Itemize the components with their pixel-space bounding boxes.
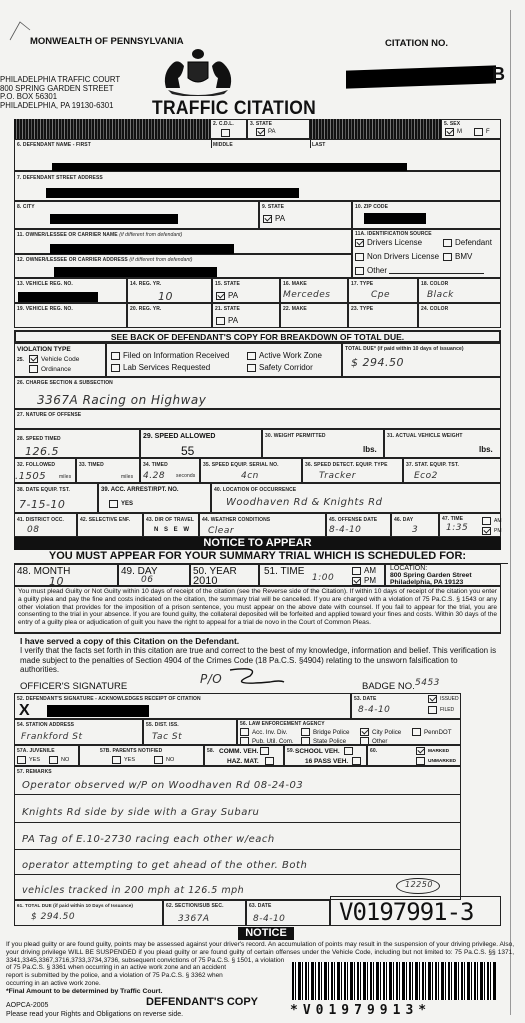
notice-to-appear-banner: NOTICE TO APPEAR xyxy=(14,537,501,550)
traffic-citation-page: MONWEALTH OF PENNSYLVANIA CITATION NO. B… xyxy=(0,0,525,1023)
agency-title: MONWEALTH OF PENNSYLVANIA xyxy=(30,36,184,47)
charge-cell: 26. CHARGE SECTION & SUBSECTION 3367A Ra… xyxy=(14,377,501,409)
location-cell: 40. LOCATION OF OCCURRENCE Woodhaven Rd … xyxy=(211,483,501,513)
timed34-cell: 34. TIMED 4.28 seconds xyxy=(140,458,200,483)
footer-total-due-cell: 61. TOTAL DUE (if paid within 10 Days of… xyxy=(14,900,163,926)
badge-number: 5453 xyxy=(415,678,440,688)
vehicle2-type-cell: 23. TYPE xyxy=(348,303,418,328)
filed-info-checkbox[interactable] xyxy=(111,352,120,360)
law-agency-cell: 56. LAW ENFORCEMENT AGENCY Acc. Inv. Div… xyxy=(237,719,461,745)
citation-no-label: CITATION NO. xyxy=(385,38,448,49)
vehicle2-reg-cell: 19. VEHICLE REG. NO. xyxy=(14,303,127,328)
station-address-cell: 54. STATION ADDRESS Frankford St xyxy=(14,719,143,745)
stat-test-cell: 37. STAT. EQUIP. TST. Eco2 xyxy=(403,458,501,483)
officer-signature-scribble xyxy=(226,666,286,686)
comm-veh-cell: 58. COMM. VEH. HAZ. MAT. xyxy=(204,745,284,766)
remarks-line-1: Operator observed w/P on Woodhaven Rd 08… xyxy=(22,780,303,791)
filed-checkbox[interactable] xyxy=(428,706,437,714)
nature-cell: 27. NATURE OF OFFENSE xyxy=(14,409,501,429)
type-cell: 17. TYPE Cpe xyxy=(348,278,418,303)
security-pattern-right xyxy=(310,119,441,139)
violation-flags-cell: Filed on Information Received Lab Servic… xyxy=(106,343,342,377)
vehicle2-make-cell: 22. MAKE xyxy=(280,303,348,328)
sex-m-checkbox[interactable] xyxy=(445,128,454,136)
trial-pm-checkbox[interactable] xyxy=(352,577,361,585)
actual-weight-cell: 31. ACTUAL VEHICLE WEIGHT lbs. xyxy=(384,429,501,458)
marked-cell: 60. MARKED UNMARKED xyxy=(367,745,461,766)
citation-no-suffix: B xyxy=(492,64,505,85)
offense-date-cell: 45. OFFENSE DATE 8-4-10 xyxy=(326,513,391,537)
id-defendant: Defendant xyxy=(443,238,492,247)
court-line-4: PHILADELPHIA, PA 19130-6301 xyxy=(0,102,120,111)
safety-corridor-checkbox[interactable] xyxy=(247,364,256,372)
vehicle-code-checkbox[interactable] xyxy=(29,355,38,363)
badge-label: BADGE NO. xyxy=(362,681,415,692)
barcode-text: *V01979913* xyxy=(290,1003,431,1018)
weight-permitted-cell: 30. WEIGHT PERMITTED lbs. xyxy=(262,429,384,458)
notice-text: If you plead guilty or are found guilty,… xyxy=(6,941,514,964)
trial-day-cell: 49. DAY 06 xyxy=(118,564,190,586)
notice-text-left: of 75 Pa.C.S. § 3361 when occurring in a… xyxy=(6,964,236,987)
vehicle-state-pa-checkbox[interactable] xyxy=(216,292,225,300)
pennsylvania-coat-of-arms-icon xyxy=(158,48,238,96)
citation-number-cell: V0197991-3 xyxy=(330,896,501,926)
defendant-street-redacted xyxy=(46,188,299,198)
juvenile-yes-checkbox[interactable] xyxy=(17,756,26,764)
violation-type-cell: VIOLATION TYPE 25. Vehicle Code Ordinanc… xyxy=(14,343,106,377)
total-due-cell: TOTAL DUE* (if paid within 10 days of is… xyxy=(342,343,501,377)
owner-name-redacted xyxy=(50,244,234,254)
school-veh-cell: 59. SCHOOL VEH. 16 PASS VEH. xyxy=(284,745,367,766)
time-cell: 47. TIME 1:35 AM PM xyxy=(439,513,501,537)
marked-checkbox[interactable] xyxy=(416,747,425,755)
id-other: Other xyxy=(355,266,484,275)
id-drivers-license: Drivers License xyxy=(355,238,422,247)
cdl-checkbox[interactable] xyxy=(221,129,230,137)
sex-f-checkbox[interactable] xyxy=(474,128,483,136)
id-bmv: BMV xyxy=(443,252,472,261)
summary-trial-heading: YOU MUST APPEAR FOR YOUR SUMMARY TRIAL W… xyxy=(14,550,501,562)
time-pm-checkbox[interactable] xyxy=(482,527,491,535)
served-statement: I have served a copy of this Citation on… xyxy=(20,636,239,646)
juvenile-no-checkbox[interactable] xyxy=(49,756,58,764)
barcode xyxy=(292,962,496,1000)
date-test-cell: 38. DATE EQUIP. TST. 7-15-10 xyxy=(14,483,98,513)
acc-arrest-cell: 39. ACC. ARREST/RPT. NO. YES xyxy=(98,483,211,513)
lab-services-checkbox[interactable] xyxy=(111,364,120,372)
security-pattern-left xyxy=(14,119,210,139)
trial-year-cell: 50. YEAR 2010 xyxy=(190,564,259,586)
sex-cell: 5. SEX M F xyxy=(441,119,501,139)
agency-city-police: City Police xyxy=(360,728,401,736)
citation-no-redacted xyxy=(346,65,496,88)
agency-pub-util: Pub. Util. Com. xyxy=(240,737,294,745)
defendant-signature-redacted xyxy=(47,705,149,717)
juvenile-cell: 57A. JUVENILE YES NO xyxy=(14,745,79,766)
footer-section-cell: 62. SECTION/SUB SEC. 3367A xyxy=(163,900,246,926)
notice-banner: NOTICE xyxy=(238,927,294,940)
receipt-date-cell: 53. DATE 8-4-10 ISSUED FILED xyxy=(351,693,461,719)
acc-yes-checkbox[interactable] xyxy=(109,500,118,508)
selective-cell: 42. SELECTIVE ENF. xyxy=(77,513,143,537)
remarks-line-3: PA Tag of E.10-2730 racing each other w/… xyxy=(22,834,275,845)
court-address: PHILADELPHIA TRAFFIC COURT 800 SPRING GA… xyxy=(0,76,120,110)
trial-time-cell: 51. TIME 1:00 AM PM xyxy=(259,564,385,586)
speed-allowed-cell: 29. SPEED ALLOWED 55 xyxy=(140,429,262,458)
form-code: AOPCA-2005 xyxy=(6,1002,48,1009)
agency-penndot: PennDOT xyxy=(412,728,452,736)
officer-signature: P/O xyxy=(200,672,222,686)
vehicle2-state-cell: 21. STATE PA xyxy=(212,303,280,328)
rights-note: Please read your Rights and Obligations … xyxy=(6,1011,183,1018)
state-cell: 3. STATE PA xyxy=(247,119,310,139)
circled-note: 12250 xyxy=(396,878,440,894)
time-am-checkbox[interactable] xyxy=(482,517,491,525)
defendants-copy-label: DEFENDANT'S COPY xyxy=(146,996,258,1008)
school-veh-checkbox[interactable] xyxy=(344,747,353,755)
breakdown-banner: SEE BACK OF DEFENDANT'S COPY FOR BREAKDO… xyxy=(14,330,501,343)
plea-instructions: You must plead Guilty or Not Guilty with… xyxy=(14,586,501,634)
owner-address-redacted xyxy=(54,267,217,277)
vehicle-reg-redacted xyxy=(18,292,98,302)
haz-mat-checkbox[interactable] xyxy=(265,757,274,765)
id-source-cell: 11A. IDENTIFICATION SOURCE Drivers Licen… xyxy=(352,229,501,278)
day-cell: 46. DAY 3 xyxy=(391,513,439,537)
officer-signature-label: OFFICER'S SIGNATURE xyxy=(20,681,127,692)
remarks-line-2: Knights Rd side by side with a Gray Suba… xyxy=(22,807,259,818)
followed-cell: 32. FOLLOWED .1505 miles xyxy=(14,458,76,483)
defendant-state-cell: 9. STATE PA xyxy=(259,201,352,229)
weather-cell: 44. WEATHER CONDITIONS Clear xyxy=(199,513,326,537)
detect-type-cell: 36. SPEED DETECT. EQUIP. TYPE Tracker xyxy=(302,458,403,483)
parents-notified-cell: 57B. PARENTS NOTIFIED YES NO xyxy=(79,745,204,766)
parents-yes-checkbox[interactable] xyxy=(112,756,121,764)
city-redacted xyxy=(50,214,178,224)
timed33-cell: 33. TIMED miles xyxy=(76,458,140,483)
comm-veh-checkbox[interactable] xyxy=(260,747,269,755)
cdl-cell: 2. C.D.L. xyxy=(210,119,247,139)
final-amount-note: *Final Amount to be determined by Traffi… xyxy=(6,988,162,995)
dir-travel-cell: 43. DIR OF TRAVEL N S E W xyxy=(143,513,199,537)
work-zone-checkbox[interactable] xyxy=(247,352,256,360)
vehicle2-state-pa-checkbox[interactable] xyxy=(216,317,225,325)
state-pa-checkbox[interactable] xyxy=(256,128,265,136)
id-non-drivers-license: Non Drivers License xyxy=(355,252,439,261)
agency-bridge-police: Bridge Police xyxy=(301,728,349,736)
pass-veh-checkbox[interactable] xyxy=(352,757,361,765)
vehicle-state-cell: 15. STATE PA xyxy=(212,278,280,303)
agency-other: Other xyxy=(360,737,387,745)
speed-timed-cell: 28. SPEED TIMED 126.5 xyxy=(14,429,140,458)
unmarked-checkbox[interactable] xyxy=(416,757,425,765)
dist-iss-cell: 55. DIST. ISS. Tac St xyxy=(143,719,237,745)
traffic-citation-title: TRAFFIC CITATION xyxy=(152,98,316,120)
serial-cell: 35. SPEED EQUIP. SERIAL NO. 4cn xyxy=(200,458,302,483)
trial-month-cell: 48. MONTH 10 xyxy=(14,564,118,586)
footer-date-cell: 63. DATE 8-4-10 xyxy=(246,900,330,926)
trial-am-checkbox[interactable] xyxy=(352,567,361,575)
remarks-line-5: vehicles tracked in 200 mph at 126.5 mph xyxy=(22,885,244,896)
defendant-state-pa-checkbox[interactable] xyxy=(263,215,272,223)
district-cell: 41. DISTRICT OCC. 08 xyxy=(14,513,77,537)
vehicle2-color-cell: 24. COLOR xyxy=(418,303,501,328)
ordinance-checkbox[interactable] xyxy=(29,365,38,373)
color-cell: 18. COLOR Black xyxy=(418,278,501,303)
parents-no-checkbox[interactable] xyxy=(154,756,163,764)
vehicle2-year-cell: 20. REG. YR. xyxy=(127,303,212,328)
zip-redacted xyxy=(364,213,426,224)
make-cell: 16. MAKE Mercedes xyxy=(280,278,348,303)
trial-location-cell: LOCATION: 800 Spring Garden Street Phila… xyxy=(385,564,501,586)
reg-year-cell: 14. REG. YR. 10 xyxy=(127,278,212,303)
issued-checkbox[interactable] xyxy=(428,695,437,703)
right-edge-line xyxy=(510,10,511,1015)
agency-acc-inv: Acc. Inv. Div. xyxy=(240,728,287,736)
remarks-line-4: operator attempting to get ahead of the … xyxy=(22,860,307,871)
agency-state-police: State Police xyxy=(301,737,346,745)
